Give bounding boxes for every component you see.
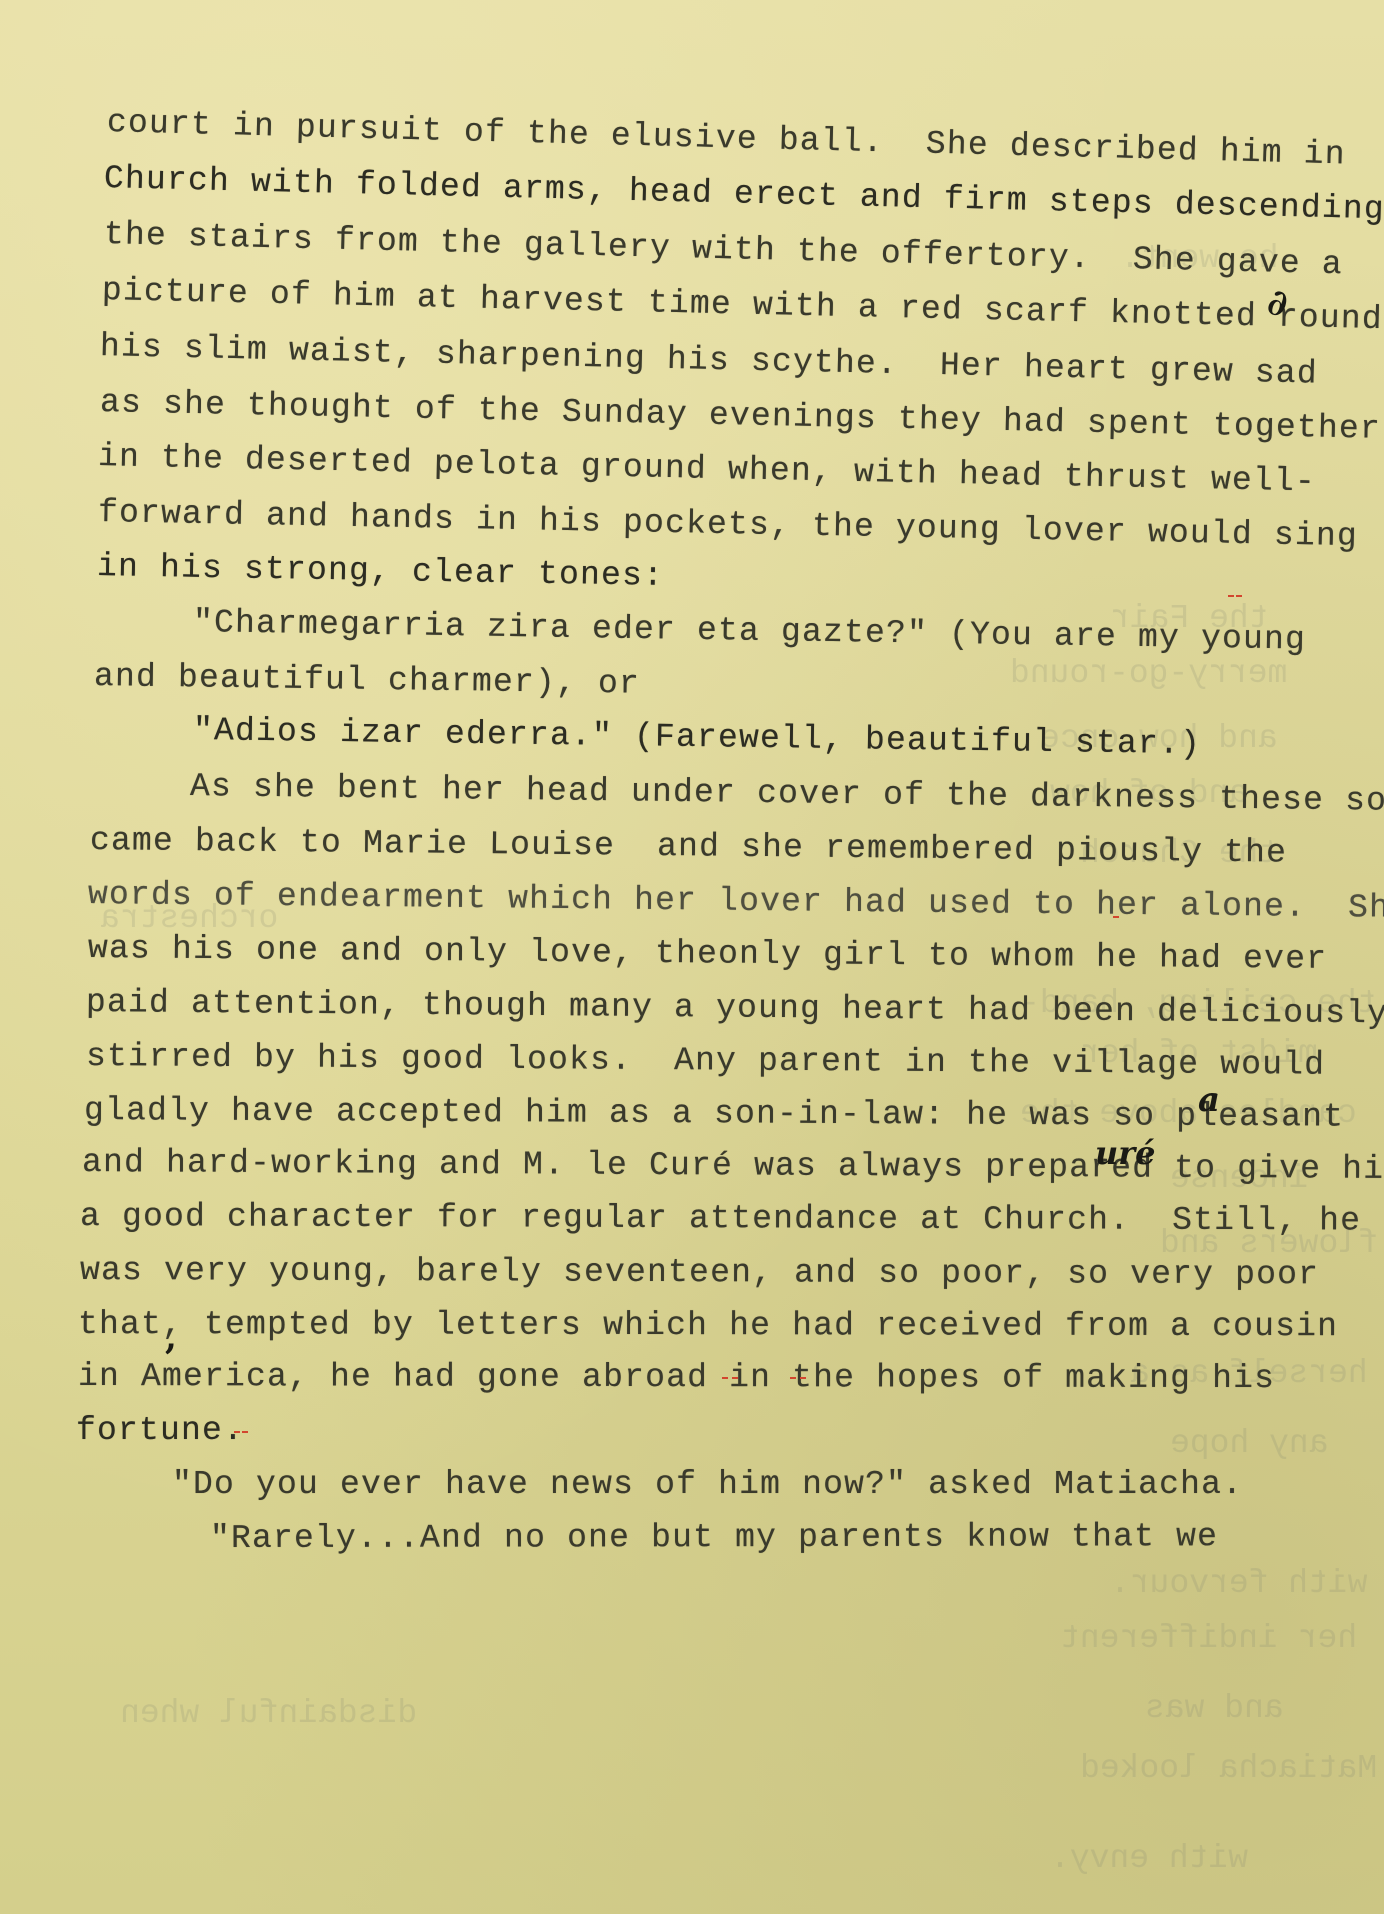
ghost-text: Matiacha looked <box>1080 1750 1377 1787</box>
text-line: stirred by his good looks. Any parent in… <box>86 1038 1325 1084</box>
ghost-text: disdainful when <box>120 1695 417 1732</box>
ghost-text: and was <box>1145 1690 1284 1727</box>
text-line: was his one and only love, theonly girl … <box>88 930 1327 978</box>
text-line: picture of him at harvest time with a re… <box>102 272 1384 338</box>
text-line: in his strong, clear tones: <box>97 548 665 595</box>
text-line: in America, he had gone abroad in the ho… <box>78 1358 1275 1397</box>
text-line: and hard-working and M. le Curé was alwa… <box>82 1144 1384 1188</box>
red-proof-mark <box>242 1431 248 1433</box>
text-line: that, tempted by letters which he had re… <box>78 1306 1338 1345</box>
text-line: his slim waist, sharpening his scythe. H… <box>100 328 1319 393</box>
red-proof-mark <box>234 1431 240 1433</box>
text-line: the stairs from the gallery with the off… <box>104 216 1344 283</box>
ghost-text: any hope <box>1170 1425 1328 1462</box>
red-proof-mark <box>790 1377 796 1379</box>
text-line: gladly have accepted him as a son-in-law… <box>84 1092 1344 1136</box>
text-line: and beautiful charmer), or <box>94 658 641 703</box>
red-proof-mark <box>732 1377 738 1379</box>
text-line: fortune. <box>76 1412 244 1449</box>
text-line: was very young, barely seventeen, and so… <box>80 1252 1319 1293</box>
text-line: court in pursuit of the elusive ball. Sh… <box>107 104 1347 173</box>
text-line: Church with folded arms, head erect and … <box>104 160 1384 228</box>
ink-correction-comma: , <box>165 1318 177 1358</box>
red-proof-mark <box>1236 595 1242 597</box>
text-line: "Rarely...And no one but my parents know… <box>210 1518 1218 1557</box>
ink-correction-cure: uré <box>1095 1134 1155 1172</box>
ghost-text: with envy. <box>1050 1840 1248 1877</box>
ghost-text: with fervour. <box>1110 1565 1367 1602</box>
text-line: a good character for regular attendance … <box>80 1198 1361 1239</box>
typescript-page: he went. the Fair merry-go-round and how… <box>0 0 1384 1914</box>
text-line: forward and hands in his pockets, the yo… <box>98 494 1359 555</box>
text-line: "Do you ever have news of him now?" aske… <box>172 1466 1243 1503</box>
text-line: came back to Marie Louise and she rememb… <box>90 822 1288 872</box>
red-proof-mark <box>1228 595 1234 597</box>
text-line: as she thought of the Sunday evenings th… <box>100 384 1382 448</box>
red-proof-mark <box>1113 916 1119 918</box>
ghost-text: her indifferent <box>1060 1620 1357 1657</box>
ink-correction-pleasant: a <box>1198 1080 1220 1120</box>
ghost-text: merry-go-round <box>1010 655 1287 692</box>
red-proof-mark <box>722 1377 728 1379</box>
text-line: words of endearment which her lover had … <box>88 876 1384 927</box>
text-line: in the deserted pelota ground when, with… <box>98 438 1317 501</box>
red-proof-mark <box>800 1377 806 1379</box>
